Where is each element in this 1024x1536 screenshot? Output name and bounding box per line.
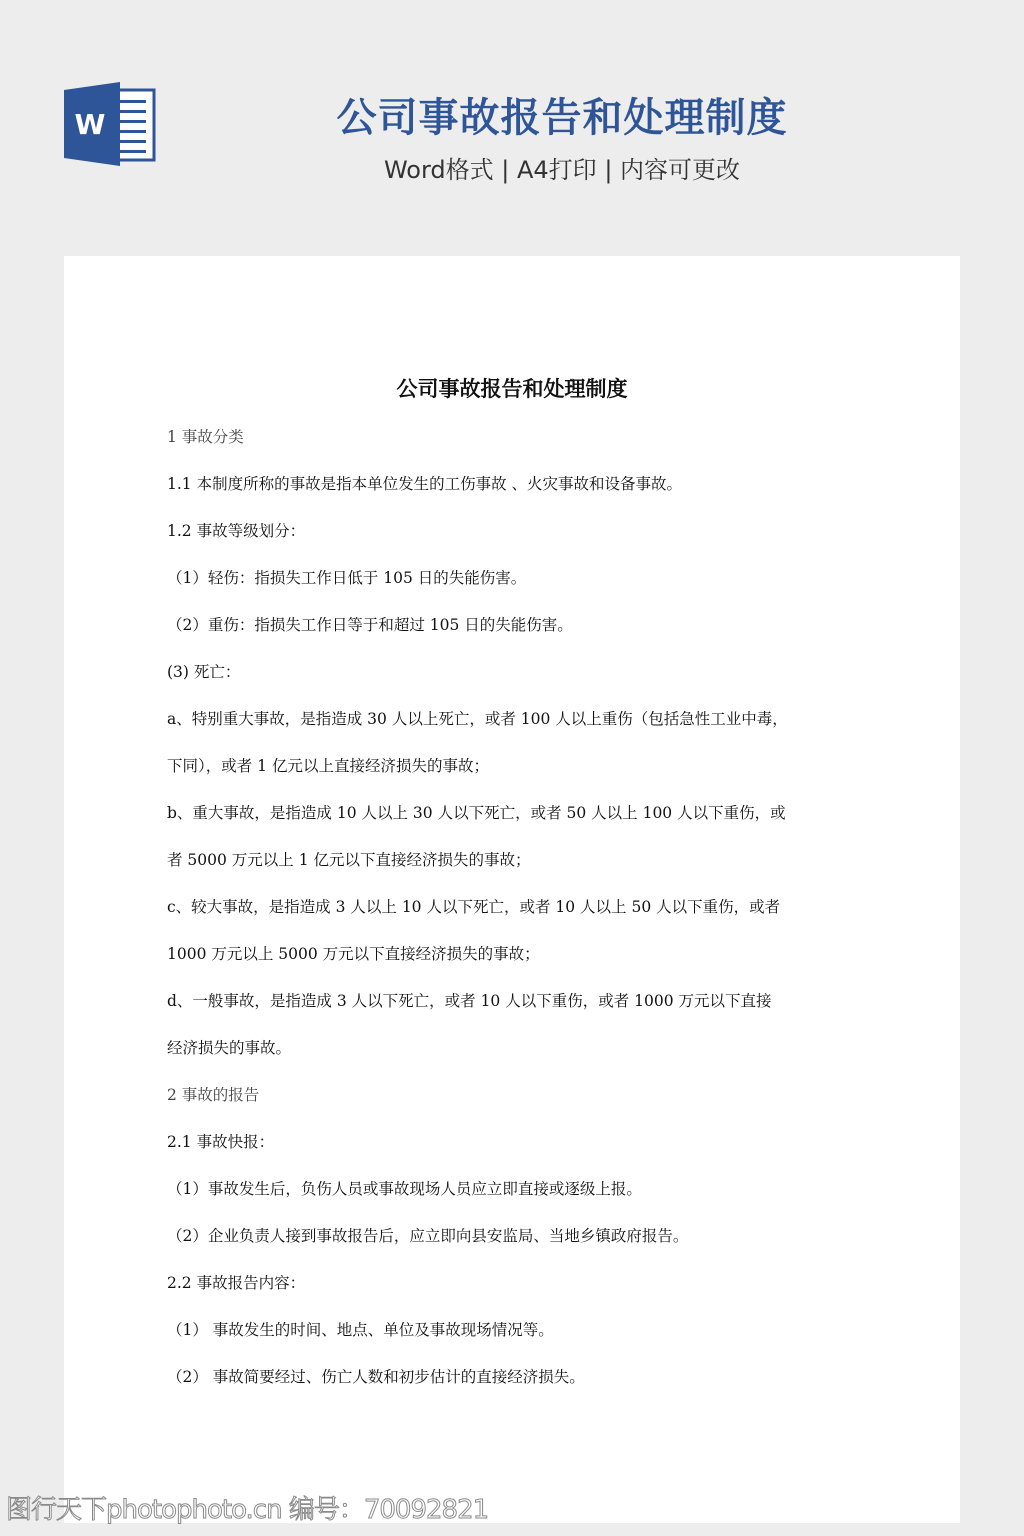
list-item: （2） 事故简要经过、伤亡人数和初步估计的直接经济损失。 [167,1362,867,1409]
paragraph: c、较大事故，是指造成 3 人以上 10 人以下死亡，或者 10 人以上 50 … [167,892,867,939]
paragraph: 1000 万元以上 5000 万元以下直接经济损失的事故； [167,939,867,986]
list-item: (3) 死亡： [167,657,867,704]
paragraph: 经济损失的事故。 [167,1033,867,1080]
document-title: 公司事故报告和处理制度 [64,373,960,405]
document-page: 公司事故报告和处理制度 1 事故分类 1.1 本制度所称的事故是指本单位发生的工… [64,256,960,1523]
paragraph: 1.1 本制度所称的事故是指本单位发生的工伤事故 、火灾事故和设备事故。 [167,469,867,516]
paragraph: b、重大事故，是指造成 10 人以上 30 人以下死亡，或者 50 人以上 10… [167,798,867,845]
list-item: （1）事故发生后，负伤人员或事故现场人员应立即直接或逐级上报。 [167,1174,867,1221]
banner-subtitle: Word格式 | A4打印 | 内容可更改 [300,152,824,188]
paragraph: a、特别重大事故，是指造成 30 人以上死亡，或者 100 人以上重伤（包括急性… [167,704,867,751]
section-heading: 2 事故的报告 [167,1080,867,1127]
paragraph: 2.2 事故报告内容： [167,1268,867,1315]
paragraph: 2.1 事故快报： [167,1127,867,1174]
document-body: 1 事故分类 1.1 本制度所称的事故是指本单位发生的工伤事故 、火灾事故和设备… [167,422,867,1409]
list-item: （1）轻伤：指损失工作日低于 105 日的失能伤害。 [167,563,867,610]
paragraph: 下同），或者 1 亿元以上直接经济损失的事故； [167,751,867,798]
svg-text:W: W [75,108,106,141]
watermark: 图行天下photophoto.cn 编号：70092821 [6,1494,488,1526]
paragraph: d、一般事故，是指造成 3 人以下死亡，或者 10 人以下重伤，或者 1000 … [167,986,867,1033]
list-item: （2）重伤：指损失工作日等于和超过 105 日的失能伤害。 [167,610,867,657]
paragraph: 1.2 事故等级划分： [167,516,867,563]
list-item: （1） 事故发生的时间、地点、单位及事故现场情况等。 [167,1315,867,1362]
banner-title: 公司事故报告和处理制度 [300,92,824,144]
paragraph: 者 5000 万元以上 1 亿元以下直接经济损失的事故； [167,845,867,892]
section-heading: 1 事故分类 [167,422,867,469]
list-item: （2）企业负责人接到事故报告后，应立即向县安监局、当地乡镇政府报告。 [167,1221,867,1268]
word-document-icon: W [64,82,156,166]
